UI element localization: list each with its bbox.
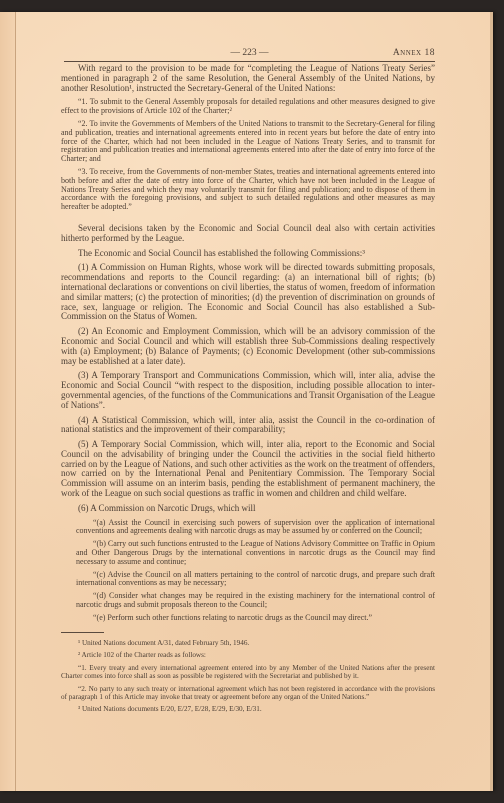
paragraph-decisions: Several decisions taken by the Economic … (61, 224, 435, 244)
page-gutter (0, 12, 16, 791)
footnote-1: ¹ United Nations document A/31, dated Fe… (61, 640, 435, 648)
page-body: With regard to the provision to be made … (61, 64, 435, 719)
footnote-divider (61, 632, 104, 633)
commission-3: (3) A Temporary Transport and Communicat… (61, 371, 435, 410)
narcotic-item-b: “(b) Carry out such functions entrusted … (76, 540, 435, 566)
quote-item-1: “1. To submit to the General Assembly pr… (61, 98, 435, 116)
narcotic-item-e: “(e) Perform such other functions relati… (76, 614, 435, 623)
footnote-2-para-2: “2. No party to any such treaty or inter… (61, 686, 435, 702)
narcotic-item-c: “(c) Advise the Council on all matters p… (76, 571, 435, 589)
commission-6: (6) A Commission on Narcotic Drugs, whic… (61, 504, 435, 514)
paragraph-commissions: The Economic and Social Council has esta… (61, 249, 435, 259)
commission-2: (2) An Economic and Employment Commissio… (61, 327, 435, 366)
paragraph-intro: With regard to the provision to be made … (61, 64, 435, 93)
footnote-2: ² Article 102 of the Charter reads as fo… (61, 652, 435, 660)
narcotic-item-d: “(d) Consider what changes may be requir… (76, 592, 435, 610)
page-number: — 223 — (64, 48, 435, 58)
footnote-3: ³ United Nations documents E/20, E/27, E… (61, 706, 435, 714)
commission-1: (1) A Commission on Human Rights, whose … (61, 263, 435, 322)
commission-5: (5) A Temporary Social Commission, which… (61, 440, 435, 499)
quote-item-3: “3. To receive, from the Governments of … (61, 168, 435, 212)
annex-label: Annex 18 (393, 48, 435, 58)
running-header: — 223 — Annex 18 (64, 47, 435, 62)
quote-item-2: “2. To invite the Governments of Members… (61, 120, 435, 164)
footnote-2-para-1: “1. Every treaty and every international… (61, 665, 435, 681)
commission-4: (4) A Statistical Commission, which will… (61, 416, 435, 436)
narcotic-item-a: “(a) Assist the Council in exercising su… (76, 519, 435, 537)
